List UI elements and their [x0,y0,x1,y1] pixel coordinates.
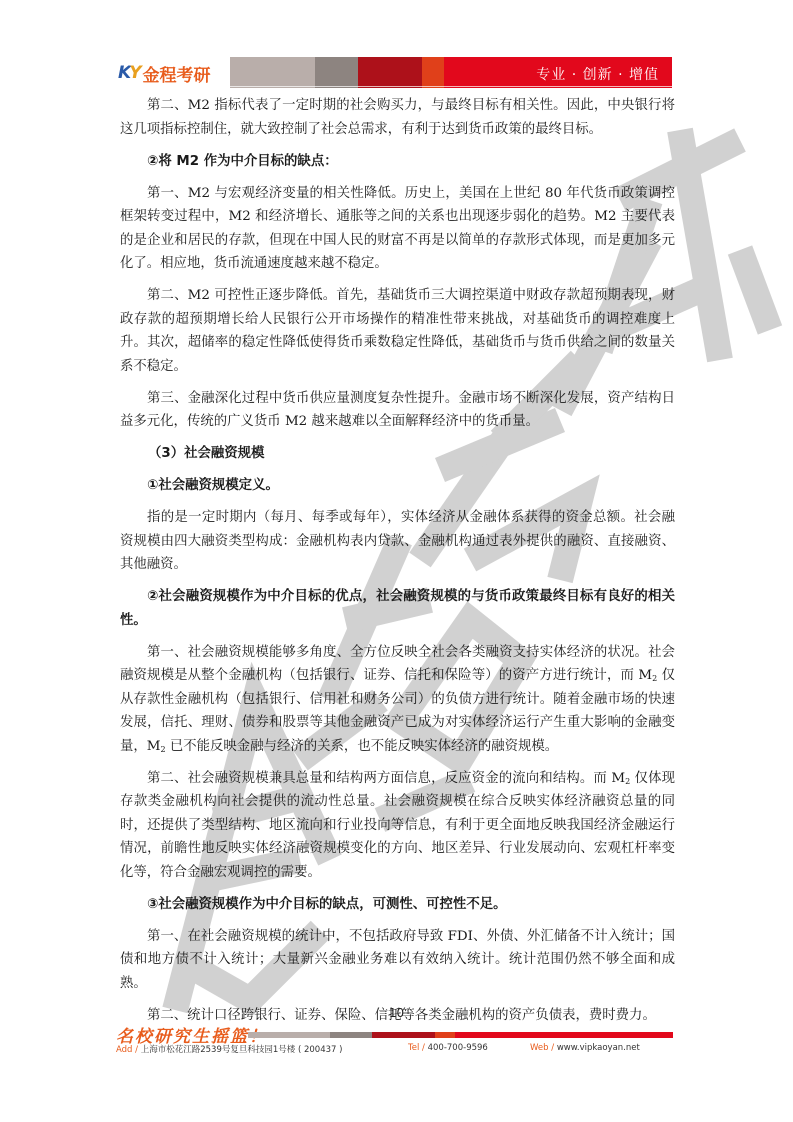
address-value: 上海市松花江路2539号复旦科技园1号楼 ( 200437 ) [141,1045,343,1055]
text-run: 第一、社会融资规模能够多角度、全方位反映全社会各类融资支持实体经济的状况。社会融… [120,645,675,684]
header-rule [230,86,672,87]
footer-band-gray [330,1032,372,1038]
logo-text: 金程考研 [143,61,211,86]
header-band-orange [422,57,444,88]
footer-band-red [455,1032,673,1038]
footer-band-orange [435,1032,455,1038]
section-heading: ①社会融资规模定义。 [120,474,675,498]
web-link[interactable]: www.vipkaoyan.net [557,1043,640,1053]
tel-value: 400-700-9596 [428,1043,488,1053]
paragraph: 第三、金融深化过程中货币供应量测度复杂性提升。金融市场不断深化发展，资产结构日益… [120,387,675,434]
page-footer: 名校研究生摇篮！ Add / 上海市松花江路2539号复旦科技园1号楼 ( 20… [110,1022,673,1062]
paragraph: 第二、社会融资规模兼具总量和结构两方面信息，反应资金的流向和结构。而 M2 仅体… [120,767,675,885]
section-heading: ②将 M2 作为中介目标的缺点： [120,150,675,174]
paragraph: 第一、M2 与宏观经济变量的相关性降低。历史上，美国在上世纪 80 年代货币政策… [120,182,675,276]
footer-address: Add / 上海市松花江路2539号复旦科技园1号楼 ( 200437 ) [116,1043,342,1055]
header-slogan: 专业 · 创新 · 增值 [536,64,659,84]
text-run: 第二、社会融资规模兼具总量和结构两方面信息，反应资金的流向和结构。而 M [147,771,625,786]
footer-band-darkred [372,1032,435,1038]
text-run: 仅体现存款类金融机构向社会提供的流动性总量。社会融资规模在综合反映实体经济融资总… [120,771,675,880]
header-band-lightgray [230,57,315,88]
address-label: Add / [116,1045,141,1055]
tel-label: Tel / [408,1043,428,1053]
footer-band-lightgray [248,1032,330,1038]
page-header: KY 金程考研 专业 · 创新 · 增值 [110,55,673,91]
web-label: Web / [530,1043,557,1053]
page-number: 10 [0,1006,793,1020]
paragraph: 第二、M2 指标代表了一定时期的社会购买力，与最终目标有相关性。因此，中央银行将… [120,94,675,141]
section-heading: ②社会融资规模作为中介目标的优点，社会融资规模的与货币政策最终目标有良好的相关性… [120,585,675,632]
paragraph: 第一、社会融资规模能够多角度、全方位反映全社会各类融资支持实体经济的状况。社会融… [120,641,675,759]
ky-logo-icon: KY [118,63,140,83]
footer-tel: Tel / 400-700-9596 [408,1043,488,1053]
header-band-darkred [358,57,422,88]
section-heading: ③社会融资规模作为中介目标的缺点，可测性、可控性不足。 [120,893,675,917]
paragraph: 指的是一定时期内（每月、每季或每年），实体经济从金融体系获得的资金总额。社会融资… [120,506,675,577]
paragraph: 第一、在社会融资规模的统计中，不包括政府导致 FDI、外债、外汇储备不计入统计；… [120,925,675,996]
brand-logo: KY 金程考研 [118,59,211,87]
header-band-gray [315,57,358,88]
document-body: 第二、M2 指标代表了一定时期的社会购买力，与最终目标有相关性。因此，中央银行将… [120,94,675,1036]
paragraph: 第二、M2 可控性正逐步降低。首先，基础货币三大调控渠道中财政存款超预期表现，财… [120,284,675,378]
section-title: （3）社会融资规模 [120,442,675,466]
text-run: 已不能反映金融与经济的关系，也不能反映实体经济的融资规模。 [166,739,559,754]
footer-web: Web / www.vipkaoyan.net [530,1043,640,1053]
